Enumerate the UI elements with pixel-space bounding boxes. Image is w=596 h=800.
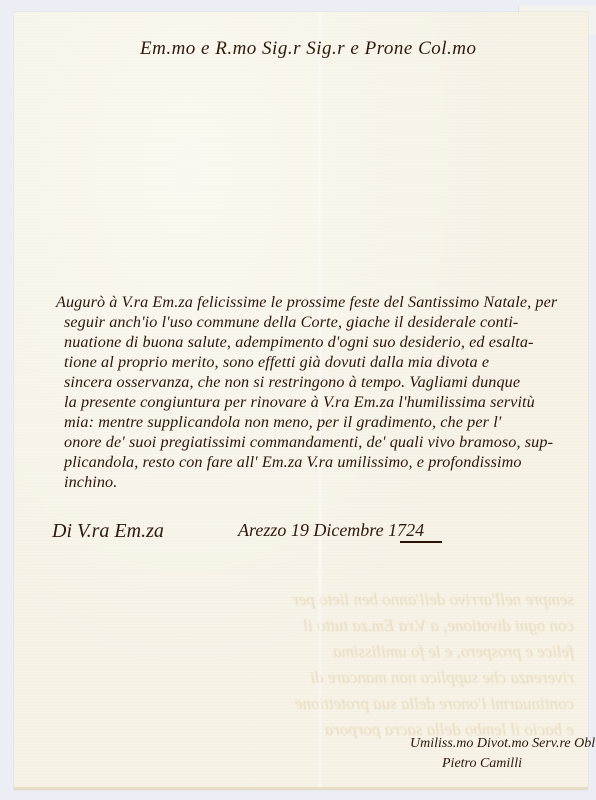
bleed-line: continuarmi l'onore della sua protettion…: [54, 691, 574, 717]
body-line: tione al proprio merito, sono effetti gi…: [64, 352, 586, 372]
body-line: seguir anch'io l'uso commune della Corte…: [64, 312, 586, 332]
body-line: onore de' suoi pregiatissimi commandamen…: [64, 432, 586, 452]
letter-dateline: Arezzo 19 Dicembre 1724: [238, 520, 424, 541]
letter-body: Augurò à V.ra Em.za felicissime le pross…: [56, 292, 586, 492]
body-line: sincera osservanza, che non si restringo…: [64, 372, 586, 392]
body-line: inchino.: [64, 472, 586, 492]
signature-title: Umiliss.mo Divot.mo Serv.re Oblig.mo: [410, 736, 590, 756]
signature-name: Pietro Camilli: [442, 756, 590, 772]
bleed-line: riverenza che supplico non mancare di: [54, 665, 574, 691]
date-underline: [400, 541, 442, 543]
closing-formula: Di V.ra Em.za: [52, 520, 164, 543]
body-line: nuatione di buona salute, adempimento d'…: [64, 332, 586, 352]
bleed-line: sempre nell'arrivo dell'anno ben lieto p…: [54, 587, 574, 613]
body-line: plicandola, resto con fare all' Em.za V.…: [64, 452, 586, 472]
letter-salutation: Em.mo e R.mo Sig.r Sig.r e Prone Col.mo: [140, 38, 477, 60]
bleed-line: felice e prospero, e le fo umilissima: [54, 639, 574, 665]
body-line: la presente congiuntura per rinovare à V…: [64, 392, 586, 412]
paper-edge: [14, 787, 588, 790]
body-line: mia: mentre supplicandola non meno, per …: [64, 412, 586, 432]
signature-block: Umiliss.mo Divot.mo Serv.re Oblig.mo Pie…: [410, 736, 590, 772]
bleed-line: con ogni divotione, a V.ra Em.za tutto i…: [54, 613, 574, 639]
bleed-through-text: sempre nell'arrivo dell'anno ben lieto p…: [54, 587, 574, 747]
body-line: Augurò à V.ra Em.za felicissime le pross…: [56, 292, 586, 312]
